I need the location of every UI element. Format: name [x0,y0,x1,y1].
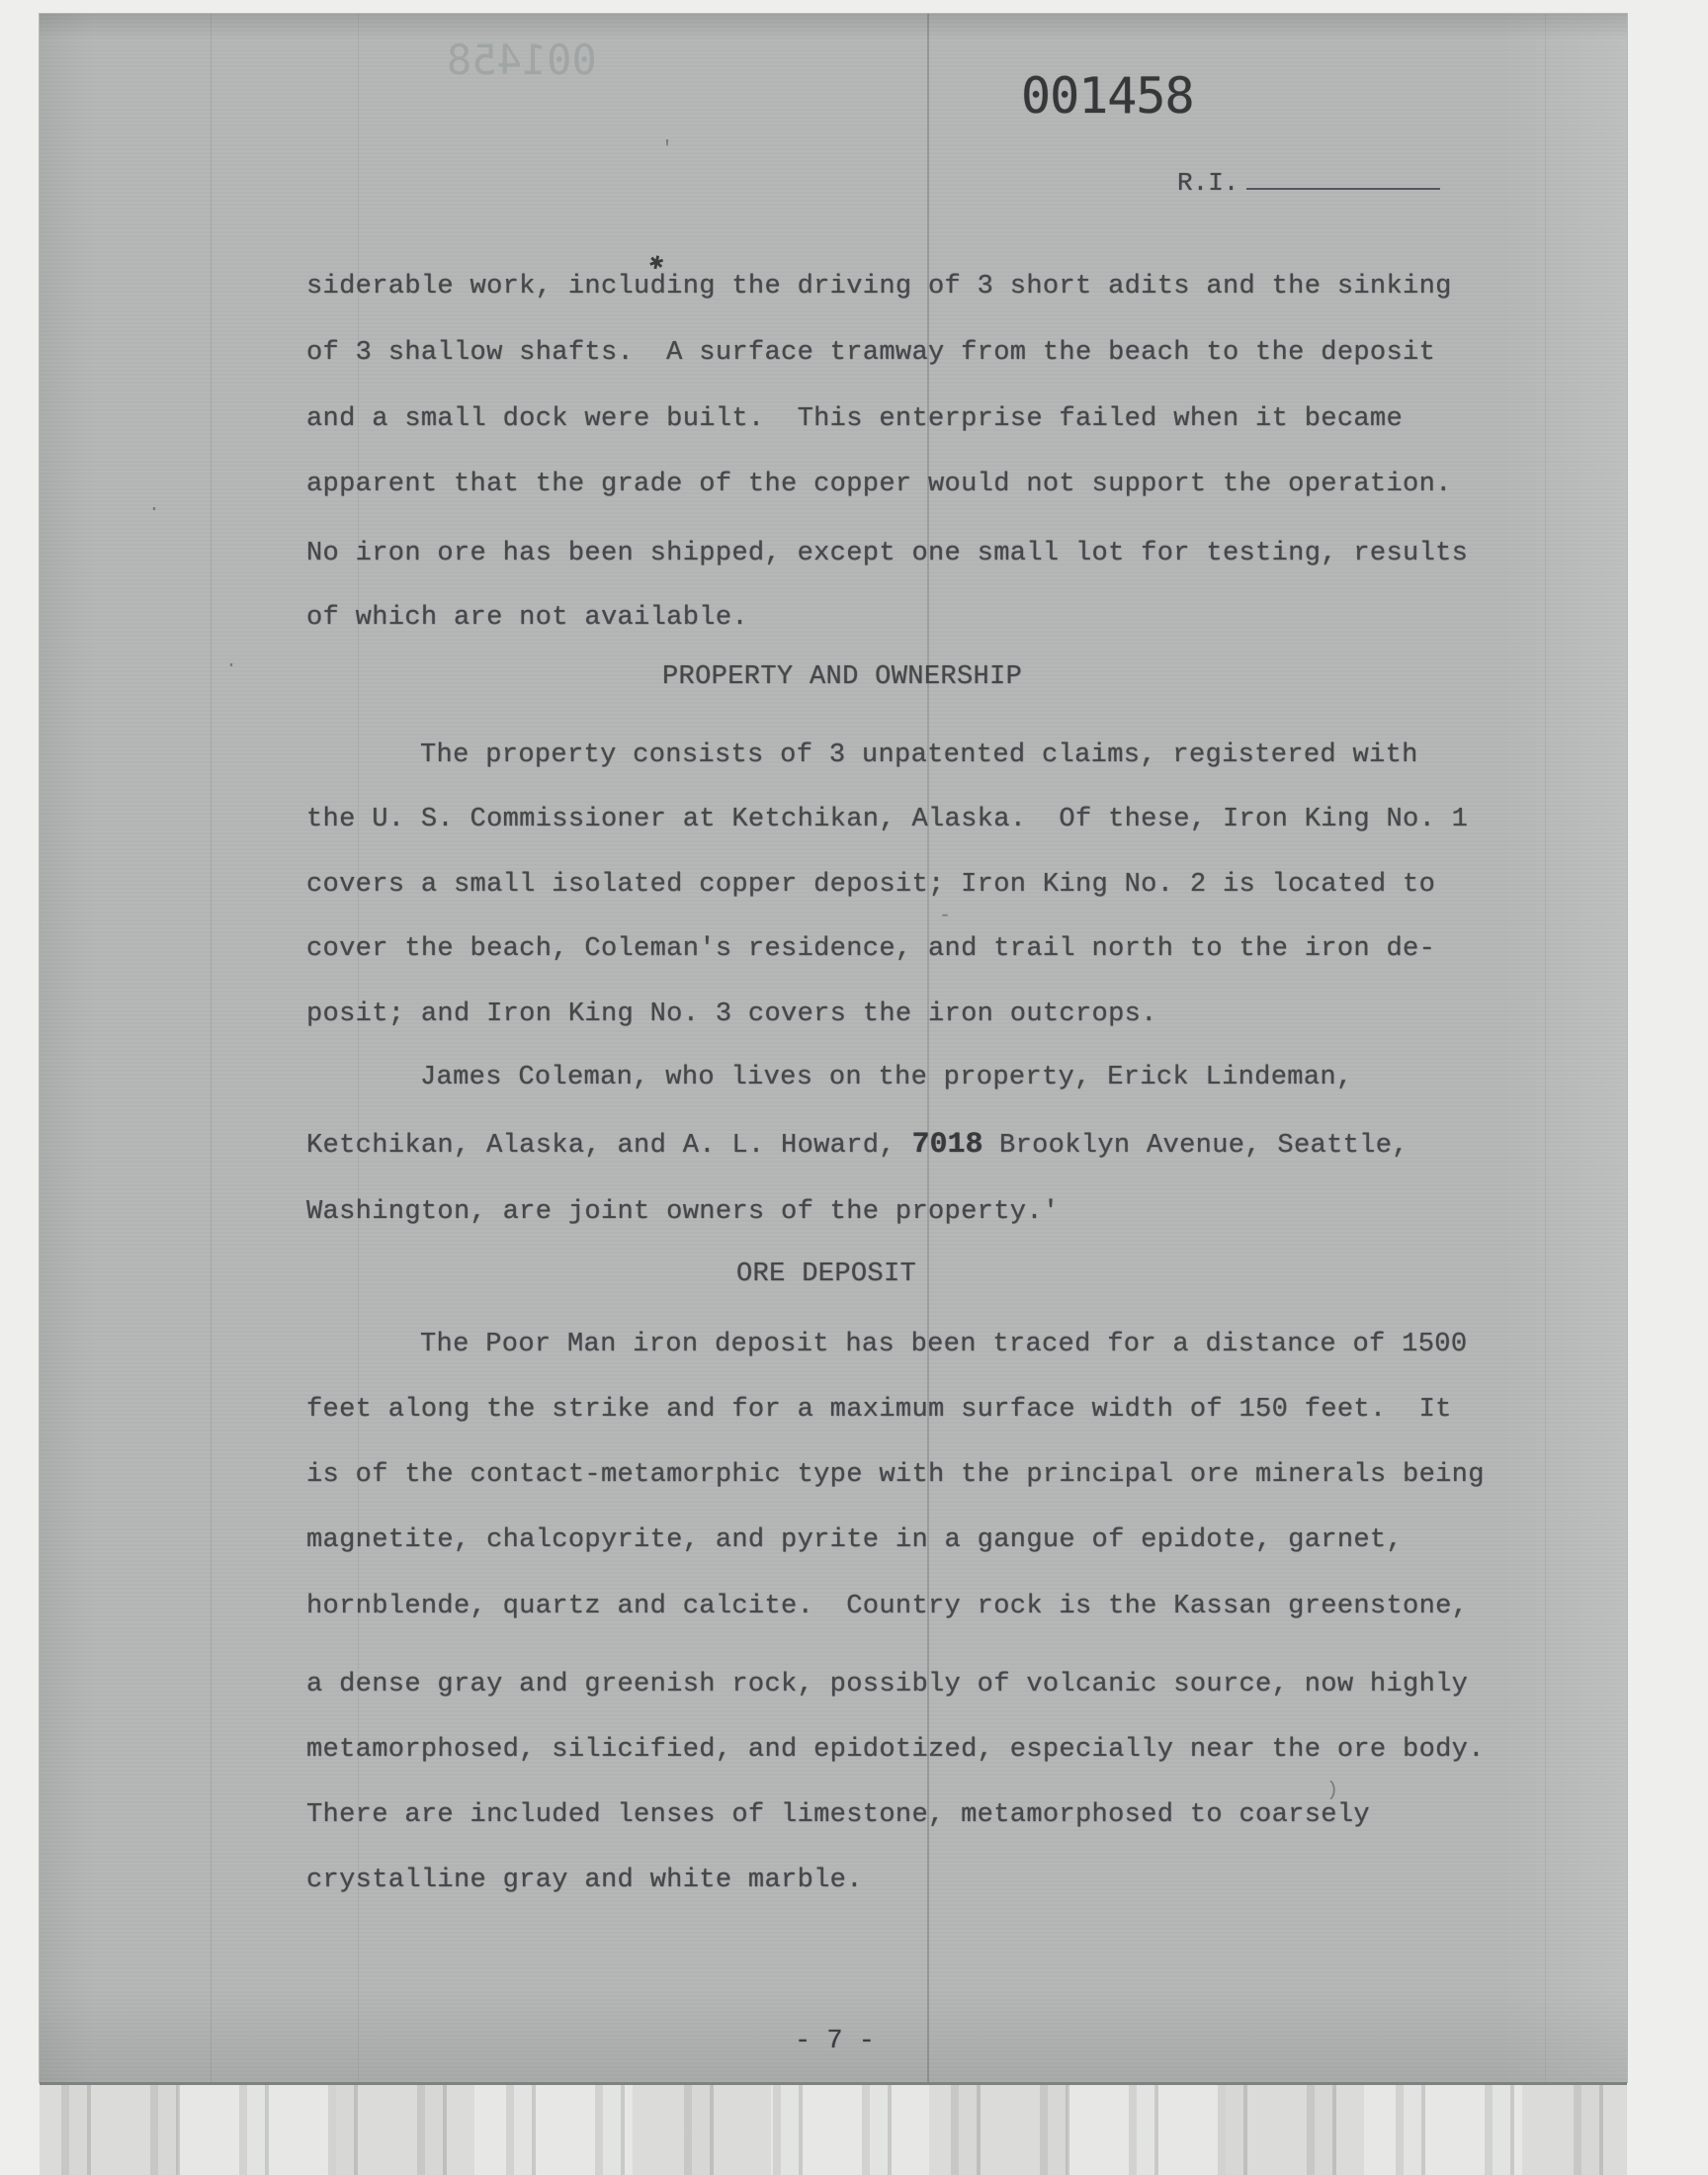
text-line: The Poor Man iron deposit has been trace… [420,1328,1467,1361]
address-number-overwrite: 7018 [911,1128,982,1162]
speck-dot: . [225,651,237,673]
text-line: is of the contact-metamorphic type with … [306,1458,1485,1492]
fold-line-left [211,14,212,2082]
text-line: magnetite, chalcopyrite, and pyrite in a… [306,1523,1403,1557]
scan-bottom-band [40,2082,1627,2175]
text-line: a dense gray and greenish rock, possibly… [306,1668,1468,1701]
section-heading-property: PROPERTY AND OWNERSHIP [662,660,1022,694]
text-line: hornblende, quartz and calcite. Country … [306,1590,1468,1623]
text-line: posit; and Iron King No. 3 covers the ir… [306,998,1157,1031]
reference-blank-line [1246,164,1440,190]
fold-line-left-2 [358,14,359,2082]
section-heading-ore-deposit: ORE DEPOSIT [736,1258,916,1291]
text-line: apparent that the grade of the copper wo… [306,468,1452,501]
address-pre: Ketchikan, Alaska, and A. L. Howard, [306,1131,911,1161]
document-number-stamp: 001458 [1021,67,1194,125]
text-line: of which are not available. [306,601,748,635]
text-line: No iron ore has been shipped, except one… [306,537,1468,570]
speck-paren: ) [1326,1780,1338,1802]
text-line: There are included lenses of limestone, … [306,1798,1370,1832]
speck-dash: - [939,905,951,927]
text-line: the U. S. Commissioner at Ketchikan, Ala… [306,803,1468,836]
text-line: crystalline gray and white marble. [306,1864,863,1897]
text-line: and a small dock were built. This enterp… [306,402,1403,436]
scanned-document-page: 001458 001458 R.I. siderable work, inclu… [0,0,1708,2175]
text-line: feet along the strike and for a maximum … [306,1393,1452,1427]
text-line: siderable work, including the driving of… [306,270,1452,304]
reference-line: R.I. [1177,164,1440,198]
text-line: covers a small isolated copper deposit; … [306,868,1435,902]
fold-line-right [1545,14,1546,2082]
paper-sheet [40,14,1627,2082]
reference-label: R.I. [1177,168,1238,198]
text-line: of 3 shallow shafts. A surface tramway f… [306,336,1435,370]
text-line: Washington, are joint owners of the prop… [306,1195,1059,1229]
fold-line-center [927,14,929,2082]
bleedthrough-stamp: 001458 [447,36,597,84]
text-line: Ketchikan, Alaska, and A. L. Howard, 701… [306,1128,1409,1163]
address-post: Brooklyn Avenue, Seattle, [982,1131,1408,1161]
text-line: The property consists of 3 unpatented cl… [420,739,1418,772]
text-line: metamorphosed, silicified, and epidotize… [306,1733,1485,1767]
text-line: James Coleman, who lives on the property… [420,1061,1353,1094]
speck-apostrophe: ' [661,138,673,161]
page-number: - 7 - [795,2027,875,2056]
speck-dot-2: . [148,494,160,517]
text-line: cover the beach, Coleman's residence, an… [306,932,1435,966]
